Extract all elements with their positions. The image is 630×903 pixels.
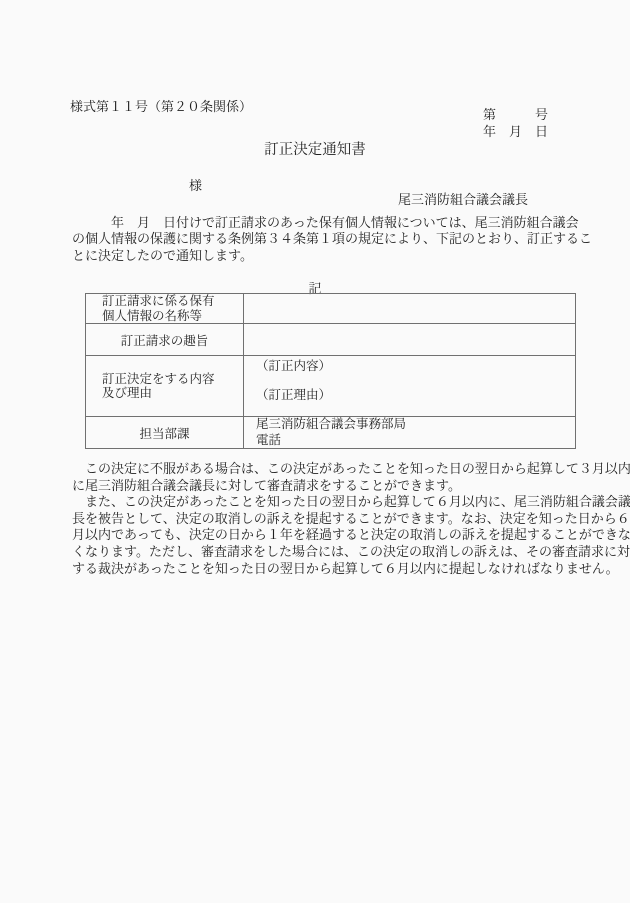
row-value-department: 尾三消防組合議会事務部局 電話 xyxy=(244,417,576,449)
label-line: 訂正請求に係る保有 xyxy=(102,294,243,309)
body-paragraph: 年 月 日付けで訂正請求のあった保有個人情報については、尾三消防組合議会 の個人… xyxy=(72,215,592,264)
label-line: 及び理由 xyxy=(102,386,243,401)
department-name: 尾三消防組合議会事務部局 xyxy=(256,417,575,433)
label-line: 個人情報の名称等 xyxy=(102,309,243,324)
appeal-notice-line: くなります。ただし、審査請求をした場合には、この決定の取消しの訴えは、その審査請… xyxy=(72,544,630,561)
appeal-notice-line: 長を被告として、決定の取消しの訴えを提起することができます。なお、決定を知った日… xyxy=(72,511,630,528)
correction-reason-caption: （訂正理由） xyxy=(256,388,575,402)
document-page: 様式第１１号（第２０条関係） 第 号 年 月 日 訂正決定通知書 様 尾三消防組… xyxy=(0,0,630,903)
label-line: 訂正決定をする内容 xyxy=(102,372,243,387)
body-line: 年 月 日付けで訂正請求のあった保有個人情報については、尾三消防組合議会 xyxy=(72,215,592,231)
table-row-correction-decision: 訂正決定をする内容 及び理由 （訂正内容） （訂正理由） xyxy=(86,356,576,417)
notice-table: 訂正請求に係る保有 個人情報の名称等 訂正請求の趣旨 訂正決定をする内容 及び理… xyxy=(85,293,576,449)
form-number: 様式第１１号（第２０条関係） xyxy=(70,96,252,115)
body-line: の個人情報の保護に関する条例第３４条第１項の規定により、下記のとおり、訂正するこ xyxy=(72,231,592,247)
table-row-held-info-name: 訂正請求に係る保有 個人情報の名称等 xyxy=(86,294,576,324)
document-title: 訂正決定通知書 xyxy=(0,138,630,159)
row-value-held-info-name-empty xyxy=(244,294,576,324)
row-label-held-info-name: 訂正請求に係る保有 個人情報の名称等 xyxy=(86,294,244,324)
correction-content-caption: （訂正内容） xyxy=(256,359,575,373)
appeal-notice-line: この決定に不服がある場合は、この決定があったことを知った日の翌日から起算して３月… xyxy=(72,461,630,478)
table-row-department: 担当部課 尾三消防組合議会事務部局 電話 xyxy=(86,417,576,449)
row-value-request-purpose-empty xyxy=(244,324,576,356)
row-label-correction-decision: 訂正決定をする内容 及び理由 xyxy=(86,356,244,417)
addressee-suffix: 様 xyxy=(189,175,202,194)
appeal-notice-line: する裁決があったことを知った日の翌日から起算して６月以内に提起しなければなりませ… xyxy=(72,561,630,578)
appeal-notice-paragraph: この決定に不服がある場合は、この決定があったことを知った日の翌日から起算して３月… xyxy=(72,461,630,577)
department-phone-label: 電話 xyxy=(256,433,575,449)
body-line: とに決定したので通知します。 xyxy=(72,248,592,264)
appeal-notice-line: 月以内であっても、決定の日から１年を経過すると決定の取消しの訴えを提起することが… xyxy=(72,527,630,544)
appeal-notice-line: また、この決定があったことを知った日の翌日から起算して６月以内に、尾三消防組合議… xyxy=(72,494,630,511)
row-label-department: 担当部課 xyxy=(86,417,244,449)
appeal-notice-line: に尾三消防組合議会議長に対して審査請求をすることができます。 xyxy=(72,478,630,495)
table-row-request-purpose: 訂正請求の趣旨 xyxy=(86,324,576,356)
row-label-request-purpose: 訂正請求の趣旨 xyxy=(86,324,244,356)
issuer-name: 尾三消防組合議会議長 xyxy=(398,189,528,208)
row-value-correction-decision: （訂正内容） （訂正理由） xyxy=(244,356,576,417)
